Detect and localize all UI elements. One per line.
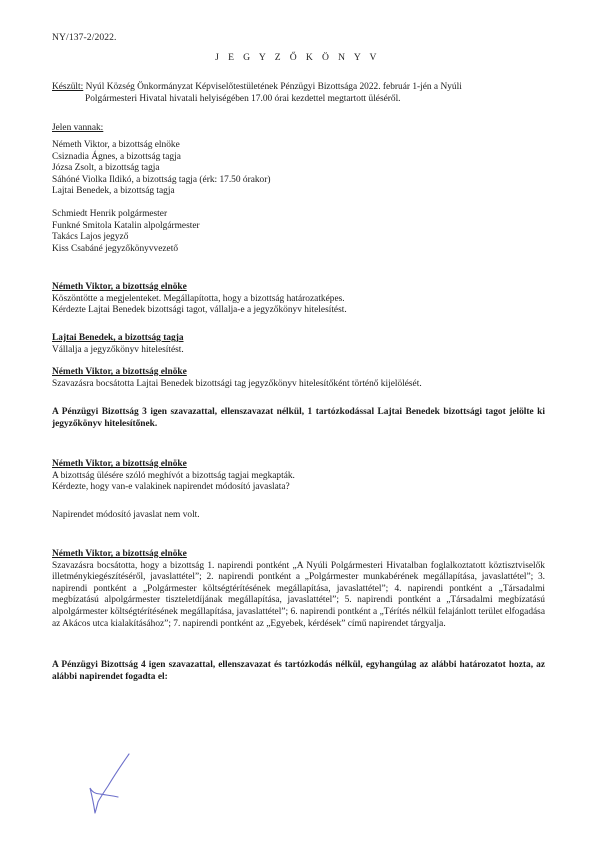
section-agenda-vote: Németh Viktor, a bizottság elnöke Szavaz… [52, 549, 545, 630]
list-item: Németh Viktor, a bizottság elnöke [52, 140, 552, 152]
speaker-heading: Németh Viktor, a bizottság elnöke [52, 549, 545, 561]
agenda-paragraph: Szavazásra bocsátotta, hogy a bizottság … [52, 561, 545, 631]
list-item: Csiznadia Ágnes, a bizottság tagja [52, 152, 552, 164]
list-item: Takács Lajos jegyző [52, 232, 552, 244]
list-item: Sáhóné Violka Ildikó, a bizottság tagja … [52, 175, 552, 187]
present-label: Jelen vannak: [52, 123, 103, 135]
resolution-agenda: A Pénzügyi Bizottság 4 igen szavazattal,… [52, 660, 545, 683]
document-reference-number: NY/137-2/2022. [52, 32, 117, 44]
section-vote-call: Németh Viktor, a bizottság elnöke Szavaz… [52, 367, 545, 390]
document-title: J E G Y Z Ő K Ö N Y V [0, 52, 595, 64]
signature-icon [70, 752, 130, 817]
list-item: Józsa Zsolt, a bizottság tagja [52, 163, 552, 175]
section-authenticator-response: Lajtai Benedek, a bizottság tagja Vállal… [52, 333, 545, 356]
paragraph-line: A bizottság ülésére szóló meghívót a biz… [52, 471, 545, 483]
paragraph-line: Szavazásra bocsátotta Lajtai Benedek biz… [52, 379, 545, 391]
list-item: Funkné Smitola Katalin alpolgármester [52, 221, 552, 233]
paragraph-line: Kérdezte Lajtai Benedek bizottsági tagot… [52, 305, 545, 317]
list-item: Schmiedt Henrik polgármester [52, 209, 552, 221]
paragraph-line: Vállalja a jegyzőkönyv hitelesítést. [52, 345, 545, 357]
speaker-heading: Németh Viktor, a bizottság elnöke [52, 367, 545, 379]
preamble-line-2: Polgármesteri Hivatal hivatali helyiségé… [52, 94, 552, 106]
paragraph-line: Kérdezte, hogy van-e valakinek napirende… [52, 482, 545, 494]
preamble-line-1: Nyúl Község Önkormányzat Képviselőtestül… [83, 82, 462, 92]
document-preamble: Készült: Nyúl Község Önkormányzat Képvis… [52, 82, 552, 105]
committee-members-list: Németh Viktor, a bizottság elnöke Csizna… [52, 140, 552, 198]
agenda-note: Napirendet módosító javaslat nem volt. [52, 510, 545, 522]
section-agenda-invite: Németh Viktor, a bizottság elnöke A bizo… [52, 459, 545, 494]
list-item: Lajtai Benedek, a bizottság tagja [52, 186, 552, 198]
paragraph-line: Köszöntötte a megjelenteket. Megállapíto… [52, 294, 545, 306]
speaker-heading: Németh Viktor, a bizottság elnöke [52, 459, 545, 471]
speaker-heading: Lajtai Benedek, a bizottság tagja [52, 333, 545, 345]
preamble-label: Készült: [52, 82, 83, 92]
speaker-heading: Németh Viktor, a bizottság elnöke [52, 282, 545, 294]
section-opening: Németh Viktor, a bizottság elnöke Köszön… [52, 282, 545, 317]
officials-list: Schmiedt Henrik polgármester Funkné Smit… [52, 209, 552, 255]
list-item: Kiss Csabáné jegyzőkönyvvezető [52, 244, 552, 256]
resolution-authenticator: A Pénzügyi Bizottság 3 igen szavazattal,… [52, 407, 545, 430]
